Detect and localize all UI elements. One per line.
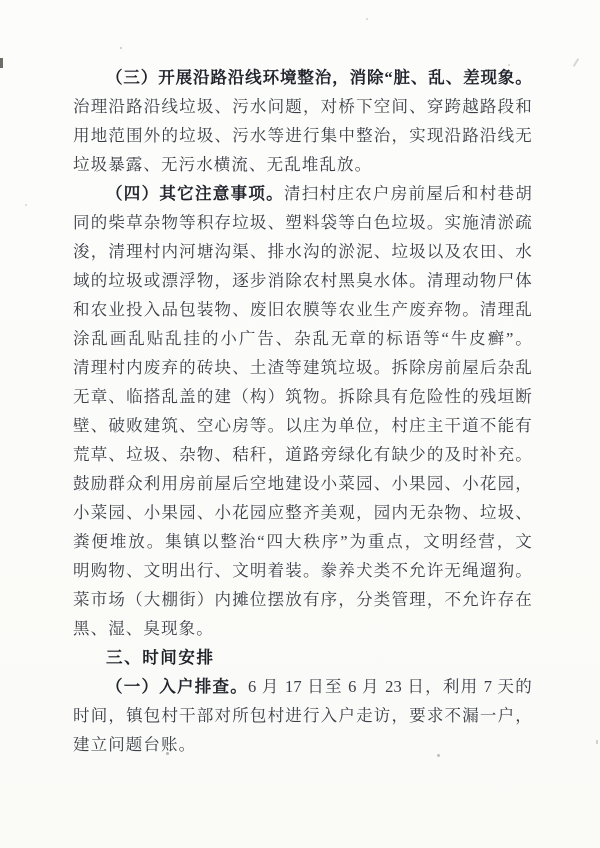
- scan-speck: [508, 64, 510, 66]
- line-text: 浚，清理村内河塘沟渠、排水沟的淤泥、垃圾以及农田、水: [73, 242, 532, 261]
- text-line: 浚，清理村内河塘沟渠、排水沟的淤泥、垃圾以及农田、水: [73, 237, 532, 266]
- clause-3-lead: （三）开展沿路沿线环境整治，消除“脏、乱、差现象。: [106, 68, 532, 87]
- text-line: 治理沿路沿线垃圾、污水问题，对桥下空间、穿跨越路段和: [73, 92, 532, 121]
- line-text: 时间，镇包村干部对所包村进行入户走访，要求不漏一户，: [73, 706, 532, 725]
- text-line: 域的垃圾或漂浮物，逐步消除农村黑臭水体。清理动物尸体: [73, 266, 532, 295]
- clause-1-lead: （一）入户排查。: [106, 677, 248, 696]
- scanned-document-page: （三）开展沿路沿线环境整治，消除“脏、乱、差现象。 治理沿路沿线垃圾、污水问题，…: [0, 0, 600, 848]
- line-text: 明购物、文明出行、文明着装。豢养犬类不允许无绳遛狗。: [73, 561, 532, 580]
- line-text: 和农业投入品包装物、废旧农膜等农业生产废弃物。清理乱: [73, 300, 532, 319]
- text-line: 壁、破败建筑、空心房等。以庄为单位，村庄主干道不能有: [73, 411, 532, 440]
- text-line: 明购物、文明出行、文明着装。豢养犬类不允许无绳遛狗。: [73, 556, 532, 585]
- line-text: 用地范围外的垃圾、污水等进行集中整治，实现沿路沿线无: [73, 126, 532, 145]
- line-text: 鼓励群众利用房前屋后空地建设小菜园、小果园、小花园，: [73, 474, 532, 493]
- text-line: 黑、湿、臭现象。: [73, 614, 532, 643]
- scan-speck: [120, 47, 122, 49]
- scan-scratch: [573, 58, 579, 67]
- document-text: （三）开展沿路沿线环境整治，消除“脏、乱、差现象。 治理沿路沿线垃圾、污水问题，…: [73, 63, 532, 759]
- scan-mark-right-edge: [596, 740, 598, 744]
- text-line: （三）开展沿路沿线环境整治，消除“脏、乱、差现象。: [73, 63, 532, 92]
- line-text: 涂乱画乱贴乱挂的小广告、杂乱无章的标语等“牛皮癣”。: [73, 329, 532, 348]
- text-line: 时间，镇包村干部对所包村进行入户走访，要求不漏一户，: [73, 701, 532, 730]
- text-line: 清理村内废弃的砖块、土渣等建筑垃圾。拆除房前屋后杂乱: [73, 353, 532, 382]
- line-text: 无章、临搭乱盖的建（构）筑物。拆除具有危险性的残垣断: [73, 387, 532, 406]
- line-text: 小菜园、小果园、小花园应整齐美观，园内无杂物、垃圾、: [73, 503, 532, 522]
- line-text: 清理村内废弃的砖块、土渣等建筑垃圾。拆除房前屋后杂乱: [73, 358, 532, 377]
- scan-speck: [25, 204, 27, 206]
- scan-speck: [366, 18, 368, 20]
- text-line: 同的柴草杂物等积存垃圾、塑料袋等白色垃圾。实施清淤疏: [73, 208, 532, 237]
- heading-text: 三、时间安排: [106, 649, 215, 667]
- text-line: 用地范围外的垃圾、污水等进行集中整治，实现沿路沿线无: [73, 121, 532, 150]
- text-line: 荒草、垃圾、杂物、秸秆，道路旁绿化有缺少的及时补充。: [73, 440, 532, 469]
- text-line: （一）入户排查。6 月 17 日至 6 月 23 日，利用 7 天的: [73, 672, 532, 701]
- text-line: 菜市场（大棚街）内摊位摆放有序，分类管理，不允许存在: [73, 585, 532, 614]
- line-text: 粪便堆放。集镇以整治“四大秩序”为重点，文明经营，文: [73, 532, 532, 551]
- line-text: 菜市场（大棚街）内摊位摆放有序，分类管理，不允许存在: [73, 590, 532, 609]
- line-text: 域的垃圾或漂浮物，逐步消除农村黑臭水体。清理动物尸体: [73, 271, 532, 290]
- line-text: 建立问题台账。: [73, 735, 196, 754]
- line-text: 壁、破败建筑、空心房等。以庄为单位，村庄主干道不能有: [73, 416, 532, 435]
- text-line: 粪便堆放。集镇以整治“四大秩序”为重点，文明经营，文: [73, 527, 532, 556]
- line-text: 黑、湿、臭现象。: [73, 619, 214, 638]
- text-line: 和农业投入品包装物、废旧农膜等农业生产废弃物。清理乱: [73, 295, 532, 324]
- scan-speck: [166, 752, 169, 755]
- text-line: 小菜园、小果园、小花园应整齐美观，园内无杂物、垃圾、: [73, 498, 532, 527]
- line-text: 治理沿路沿线垃圾、污水问题，对桥下空间、穿跨越路段和: [73, 97, 532, 116]
- text-line: 涂乱画乱贴乱挂的小广告、杂乱无章的标语等“牛皮癣”。: [73, 324, 532, 353]
- line-text: 6 月 17 日至 6 月 23 日，利用 7 天的: [248, 677, 532, 696]
- text-line: 建立问题台账。: [73, 730, 532, 759]
- line-text: 同的柴草杂物等积存垃圾、塑料袋等白色垃圾。实施清淤疏: [73, 213, 532, 232]
- scan-speck: [437, 754, 440, 757]
- text-line: 垃圾暴露、无污水横流、无乱堆乱放。: [73, 150, 532, 179]
- text-line: 鼓励群众利用房前屋后空地建设小菜园、小果园、小花园，: [73, 469, 532, 498]
- section-heading-time-arrangement: 三、时间安排: [73, 643, 532, 672]
- line-text: 荒草、垃圾、杂物、秸秆，道路旁绿化有缺少的及时补充。: [73, 445, 532, 464]
- line-text: 垃圾暴露、无污水横流、无乱堆乱放。: [73, 155, 372, 174]
- text-line: （四）其它注意事项。清扫村庄农户房前屋后和村巷胡: [73, 179, 532, 208]
- text-line: 无章、临搭乱盖的建（构）筑物。拆除具有危险性的残垣断: [73, 382, 532, 411]
- scan-mark-left-edge: [0, 58, 3, 68]
- clause-4-lead: （四）其它注意事项。: [106, 184, 284, 203]
- line-text: 清扫村庄农户房前屋后和村巷胡: [284, 184, 532, 203]
